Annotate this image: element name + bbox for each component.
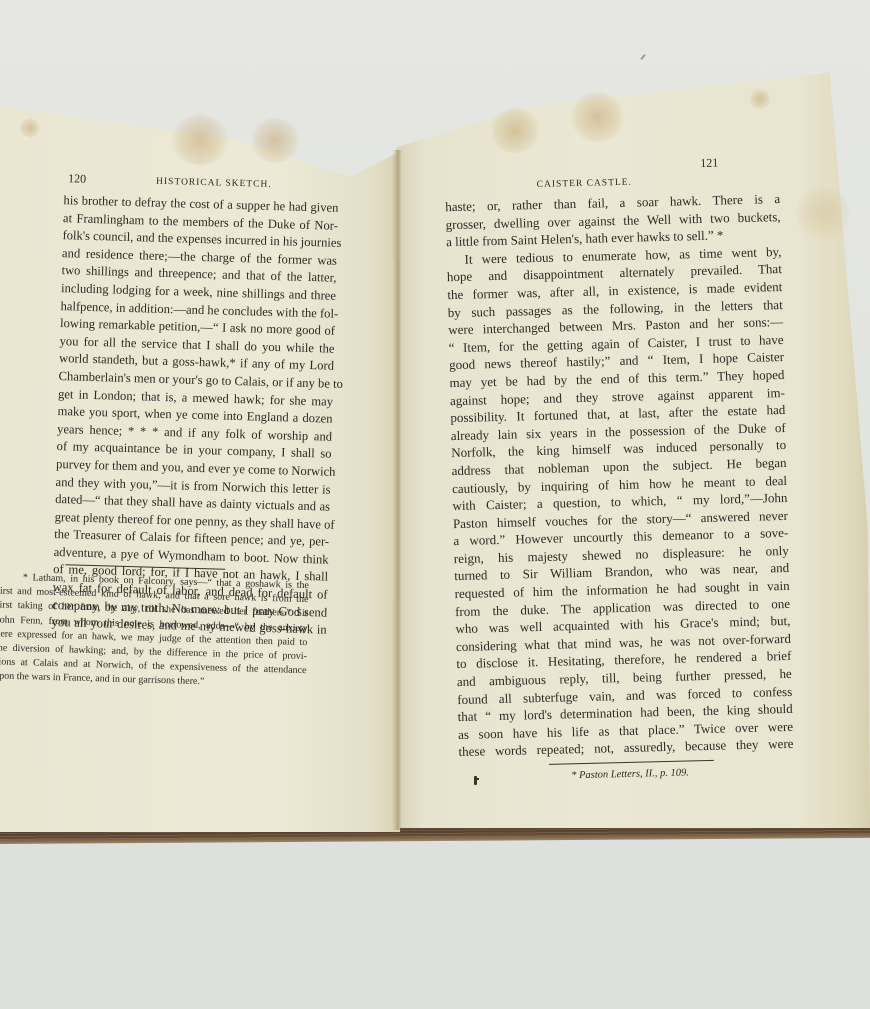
book-photo: 120 HISTORICAL SKETCH. his brother to de… — [0, 0, 870, 1009]
ink-mark — [474, 776, 477, 785]
running-head-right: CAISTER CASTLE. — [537, 178, 632, 190]
page-number-right: 121 — [700, 156, 718, 171]
right-page-text: 121 CAISTER CASTLE. haste; or, rather th… — [0, 0, 870, 845]
right-page-body: haste; or, rather than fail, a soar hawk… — [445, 190, 794, 761]
right-page-footnote: * Paston Letters, II., p. 109. — [571, 766, 689, 783]
footnote-rule-right — [549, 760, 714, 765]
